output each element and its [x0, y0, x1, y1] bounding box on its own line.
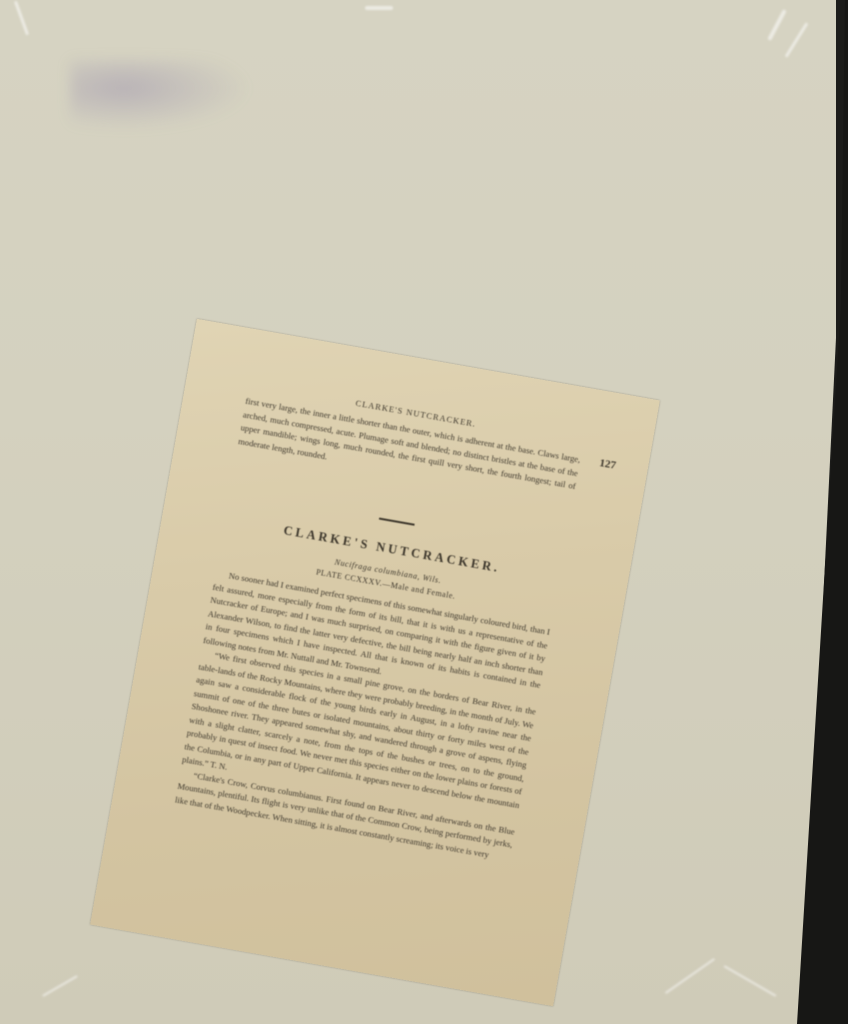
page-number: 127 — [599, 457, 617, 472]
section-rule — [379, 518, 415, 526]
page-text-block: CLARKE'S NUTCRACKER. 127 first very larg… — [174, 379, 584, 865]
plastic-glare — [365, 6, 393, 10]
mat-smudge — [70, 60, 250, 130]
